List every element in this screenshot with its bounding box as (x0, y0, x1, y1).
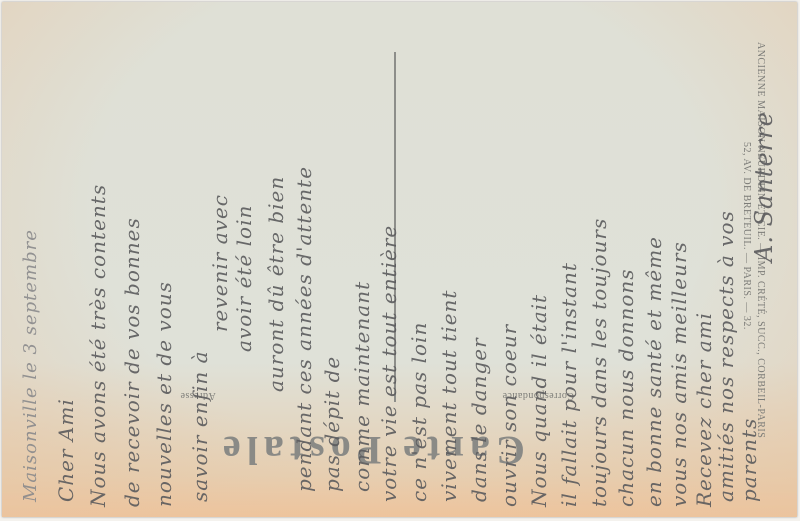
handwritten-line: ce n'est pas loin (407, 322, 431, 502)
handwritten-line: vous nos amis meilleurs (667, 241, 691, 507)
handwritten-line: auront dû être bien (264, 176, 288, 392)
handwritten-line: Nous quand il était (527, 294, 551, 507)
handwritten-line: pas dépit de (320, 356, 344, 492)
handwritten-line: en bonne santé et même (642, 236, 666, 507)
handwritten-line: toujours dans les toujours (587, 218, 611, 507)
handwritten-line: avoir été loin (232, 205, 256, 352)
handwritten-line: de recevoir de vos bonnes (120, 217, 144, 507)
handwritten-line: ouvrir son coeur (497, 324, 521, 507)
handwritten-line: nouvelles et de vous (152, 281, 176, 507)
handwritten-line: revenir avec (208, 194, 232, 332)
handwritten-line: comme maintenant (350, 281, 374, 492)
handwritten-line: Maisonville le 3 septembre (20, 229, 41, 502)
handwritten-line: pendant ces années d'attente (292, 166, 316, 492)
handwritten-line: parents (737, 418, 761, 502)
signature: A. Santerre (750, 111, 778, 262)
handwritten-line: Recevez cher ami (692, 312, 716, 507)
handwritten-line: dans le danger (467, 337, 491, 502)
handwritten-line: amitiés nos respects à vos (714, 210, 738, 502)
handwritten-line: il fallait pour l'instant (557, 262, 581, 507)
handwritten-line: chacun nous donnons (614, 268, 638, 507)
postcard-back: ANCIENNE MAISON NEURDEIN ET CIE. — IMP. … (2, 2, 797, 517)
handwritten-line: vivement tout tient (437, 290, 461, 502)
handwritten-line: Nous avons été très contents (86, 184, 110, 507)
handwritten-line: votre vie est tout entière (377, 225, 401, 502)
handwritten-line: savoir enfin à (188, 350, 212, 502)
handwritten-line: Cher Ami (54, 398, 78, 502)
